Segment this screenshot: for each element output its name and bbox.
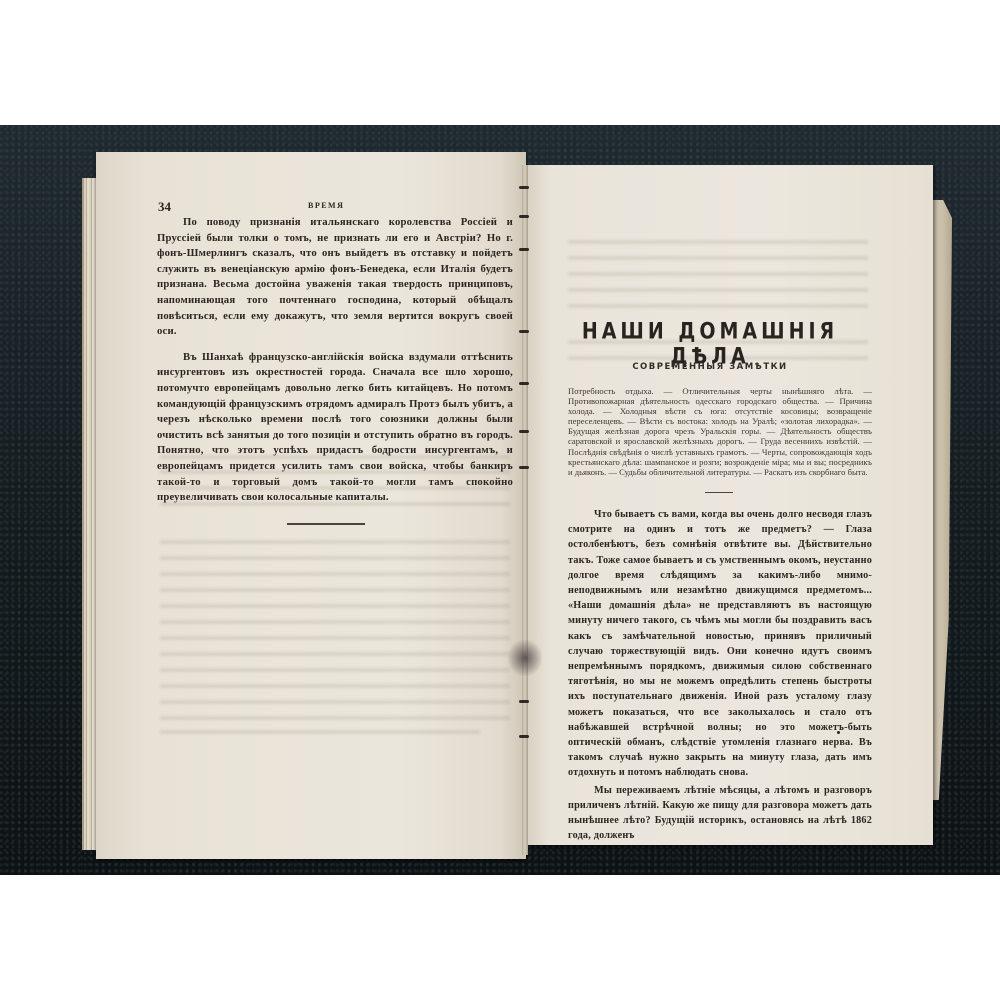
binding-stitch	[519, 215, 529, 218]
ink-stain	[508, 640, 542, 676]
binding-stitch	[519, 382, 529, 385]
binding-stitch	[519, 466, 529, 469]
ink-dot	[837, 731, 840, 734]
binding-stitch	[519, 700, 529, 703]
article-subtitle: СОВРЕМЕННЫЯ ЗАМѢТКИ	[560, 362, 860, 372]
binding-stitch	[519, 248, 529, 251]
right-page-body: Что бываетъ съ вами, когда вы очень долг…	[568, 507, 872, 843]
section-end-rule	[287, 523, 365, 525]
paragraph: Что бываетъ съ вами, когда вы очень долг…	[568, 507, 872, 781]
left-page-body: По поводу признанія итальянскаго королев…	[157, 215, 513, 506]
paragraph: Въ Шанхаѣ французско-англійскія войска в…	[157, 350, 513, 506]
running-head: ВРЕМЯ	[308, 201, 344, 210]
binding-stitch	[519, 186, 529, 189]
binding-stitch	[519, 330, 529, 333]
separator-rule	[705, 492, 733, 493]
paragraph: Мы переживаемъ лѣтніе мѣсяцы, а лѣтомъ и…	[568, 783, 872, 844]
article-summary: Потребность отдыха. — Отличительныя черт…	[568, 386, 872, 477]
binding-stitch	[519, 430, 529, 433]
page-number: 34	[158, 199, 171, 215]
book-spine-gutter	[522, 165, 528, 855]
binding-stitch	[519, 735, 529, 738]
paragraph: По поводу признанія итальянскаго королев…	[157, 215, 513, 340]
